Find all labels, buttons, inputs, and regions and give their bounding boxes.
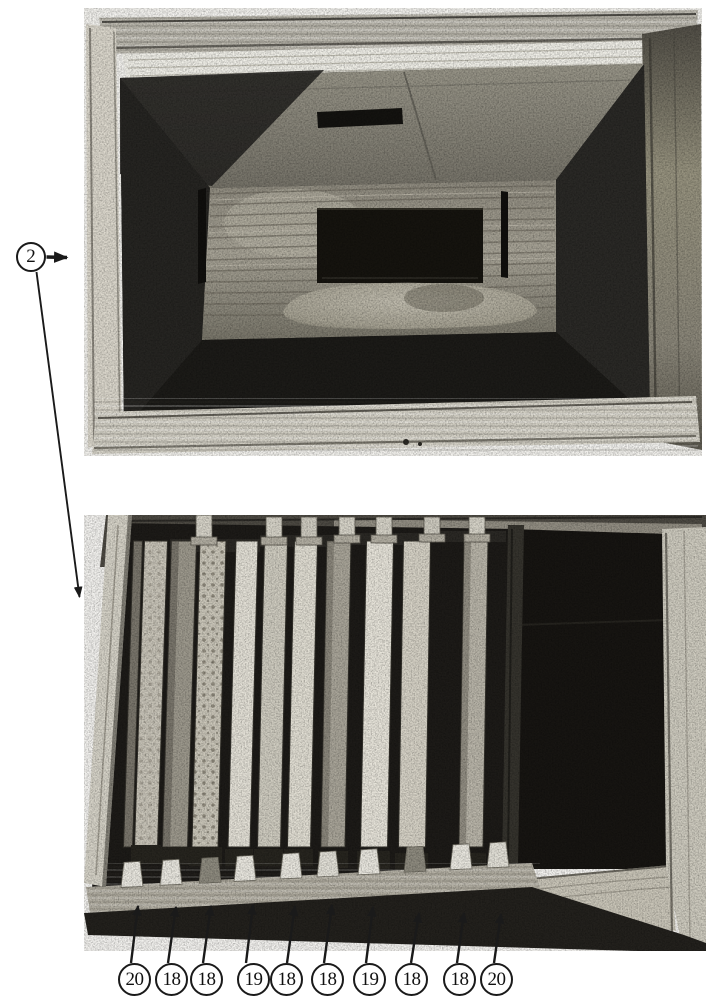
callout-badge: 18 bbox=[311, 963, 344, 996]
callout-badge: 18 bbox=[443, 963, 476, 996]
ref-arrow-down bbox=[37, 272, 80, 597]
photo-grain bbox=[84, 515, 706, 951]
callout-badge: 19 bbox=[237, 963, 270, 996]
patent-figure-page: 2 20 18 18 19 18 18 19 18 18 20 bbox=[0, 0, 713, 1000]
photo-hive-box-empty-interior bbox=[84, 8, 702, 456]
callout-badge: 20 bbox=[118, 963, 151, 996]
photo-hive-box-with-top-bar-frames bbox=[84, 515, 706, 951]
callout-badge: 20 bbox=[480, 963, 513, 996]
callout-badge: 18 bbox=[270, 963, 303, 996]
callout-badge: 18 bbox=[190, 963, 223, 996]
reference-label-2: 2 bbox=[16, 242, 46, 272]
callout-badge: 18 bbox=[155, 963, 188, 996]
callout-badge: 18 bbox=[395, 963, 428, 996]
photo-grain bbox=[84, 8, 702, 456]
callout-badge: 19 bbox=[353, 963, 386, 996]
ref-arrow-right bbox=[47, 257, 68, 258]
